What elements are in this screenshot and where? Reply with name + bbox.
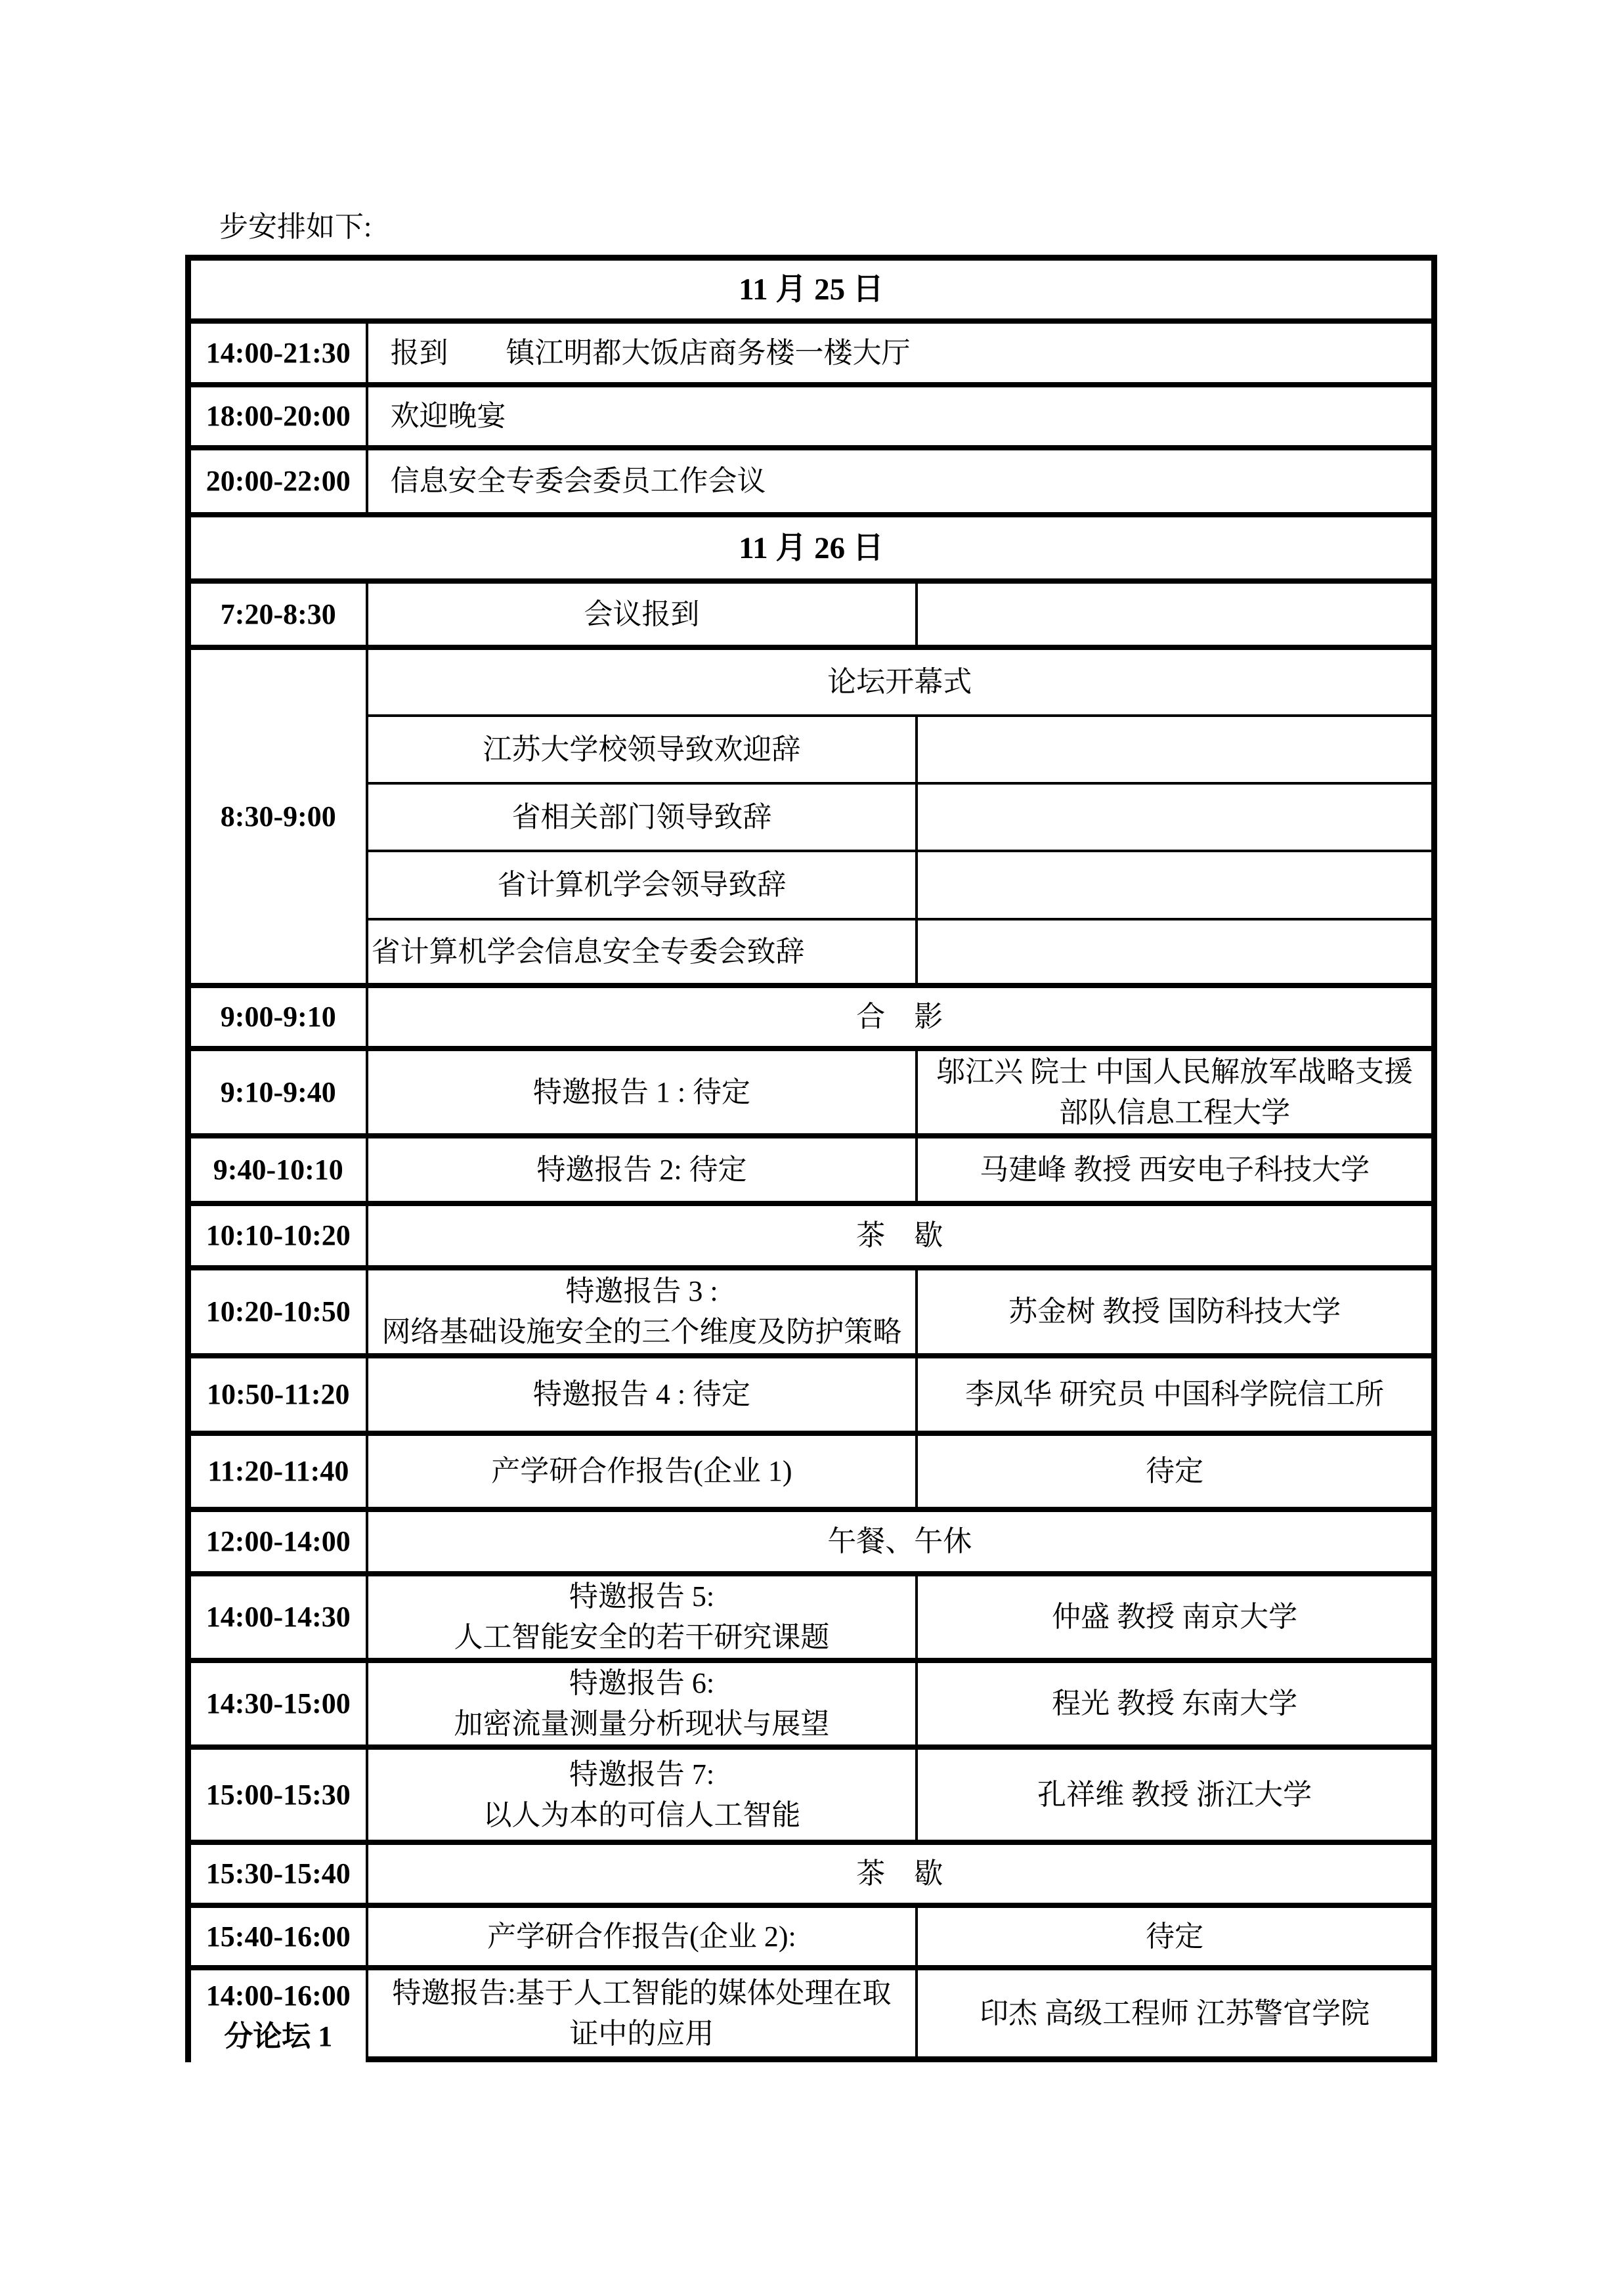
session-cell: 特邀报告 5: 人工智能安全的若干研究课题 bbox=[368, 1576, 919, 1663]
table-row: 11 月 25 日 bbox=[191, 261, 1434, 324]
table-row: 14:00-14:30 特邀报告 5: 人工智能安全的若干研究课题 仲盛 教授 … bbox=[191, 1576, 1434, 1663]
speaker-cell: 李凤华 研究员 中国科学院信工所 bbox=[918, 1358, 1434, 1436]
time-cell: 14:00-14:30 bbox=[191, 1576, 368, 1663]
session-cell: 特邀报告:基于人工智能的媒体处理在取 证中的应用 bbox=[368, 1970, 919, 2062]
session-cell: 特邀报告 4 : 待定 bbox=[368, 1358, 919, 1436]
time-cell: 20:00-22:00 bbox=[191, 450, 368, 517]
time-cell: 9:00-9:10 bbox=[191, 988, 368, 1051]
table-row: 省相关部门领导致辞 bbox=[191, 785, 1434, 852]
table-row: 9:10-9:40 特邀报告 1 : 待定 邬江兴 院士 中国人民解放军战略支援… bbox=[191, 1051, 1434, 1138]
time-cell: 10:10-10:20 bbox=[191, 1206, 368, 1270]
time-cell: 18:00-20:00 bbox=[191, 387, 368, 450]
speaker-cell bbox=[918, 921, 1434, 988]
intro-text: 步安排如下: bbox=[219, 209, 372, 246]
speaker-cell: 印杰 高级工程师 江苏警官学院 bbox=[918, 1970, 1434, 2062]
time-cell: 9:40-10:10 bbox=[191, 1138, 368, 1206]
table-row: 8:30-9:00 论坛开幕式 bbox=[191, 650, 1434, 717]
speaker-cell: 待定 bbox=[918, 1908, 1434, 1970]
time-cell: 10:20-10:50 bbox=[191, 1270, 368, 1358]
session-cell: 茶 歇 bbox=[368, 1206, 1434, 1270]
session-cell: 欢迎晚宴 bbox=[368, 387, 1434, 450]
time-cell: 12:00-14:00 bbox=[191, 1512, 368, 1576]
day-header: 11 月 26 日 bbox=[191, 517, 1434, 584]
session-cell: 特邀报告 3 : 网络基础设施安全的三个维度及防护策略 bbox=[368, 1270, 919, 1358]
speaker-cell: 苏金树 教授 国防科技大学 bbox=[918, 1270, 1434, 1358]
table-row: 7:20-8:30 会议报到 bbox=[191, 584, 1434, 650]
speaker-cell: 仲盛 教授 南京大学 bbox=[918, 1576, 1434, 1663]
speaker-cell: 程光 教授 东南大学 bbox=[918, 1663, 1434, 1750]
session-cell: 特邀报告 7: 以人为本的可信人工智能 bbox=[368, 1750, 919, 1845]
time-cell: 9:10-9:40 bbox=[191, 1051, 368, 1138]
session-cell: 产学研合作报告(企业 2): bbox=[368, 1908, 919, 1970]
session-cell: 特邀报告 6: 加密流量测量分析现状与展望 bbox=[368, 1663, 919, 1750]
time-cell: 7:20-8:30 bbox=[191, 584, 368, 650]
speaker-cell: 孔祥维 教授 浙江大学 bbox=[918, 1750, 1434, 1845]
speaker-cell: 马建峰 教授 西安电子科技大学 bbox=[918, 1138, 1434, 1206]
session-cell: 省计算机学会领导致辞 bbox=[368, 852, 919, 921]
session-cell: 论坛开幕式 bbox=[368, 650, 1434, 717]
table-row: 12:00-14:00 午餐、午休 bbox=[191, 1512, 1434, 1576]
time-cell: 11:20-11:40 bbox=[191, 1436, 368, 1512]
speaker-cell bbox=[918, 785, 1434, 852]
speaker-cell bbox=[918, 717, 1434, 785]
session-cell: 特邀报告 2: 待定 bbox=[368, 1138, 919, 1206]
table-row: 9:40-10:10 特邀报告 2: 待定 马建峰 教授 西安电子科技大学 bbox=[191, 1138, 1434, 1206]
table-row: 11 月 26 日 bbox=[191, 517, 1434, 584]
table-row: 省计算机学会领导致辞 bbox=[191, 852, 1434, 921]
session-cell: 合 影 bbox=[368, 988, 1434, 1051]
time-cell: 14:00-21:30 bbox=[191, 324, 368, 387]
table-row: 18:00-20:00 欢迎晚宴 bbox=[191, 387, 1434, 450]
table-row: 10:20-10:50 特邀报告 3 : 网络基础设施安全的三个维度及防护策略 … bbox=[191, 1270, 1434, 1358]
time-cell: 15:30-15:40 bbox=[191, 1845, 368, 1908]
time-cell: 14:30-15:00 bbox=[191, 1663, 368, 1750]
table-row: 14:00-21:30 报到 镇江明都大饭店商务楼一楼大厅 bbox=[191, 324, 1434, 387]
speaker-cell bbox=[918, 584, 1434, 650]
time-cell: 14:00-16:00 分论坛 1 bbox=[191, 1970, 368, 2062]
table-row: 14:00-16:00 分论坛 1 特邀报告:基于人工智能的媒体处理在取 证中的… bbox=[191, 1970, 1434, 2062]
session-cell: 省计算机学会信息安全专委会致辞 bbox=[368, 921, 919, 988]
table-row: 江苏大学校领导致欢迎辞 bbox=[191, 717, 1434, 785]
session-cell: 省相关部门领导致辞 bbox=[368, 785, 919, 852]
speaker-cell bbox=[918, 852, 1434, 921]
schedule-table-border: 11 月 25 日 14:00-21:30 报到 镇江明都大饭店商务楼一楼大厅 … bbox=[185, 255, 1437, 2062]
table-row: 14:30-15:00 特邀报告 6: 加密流量测量分析现状与展望 程光 教授 … bbox=[191, 1663, 1434, 1750]
time-cell: 8:30-9:00 bbox=[191, 650, 368, 988]
table-row: 9:00-9:10 合 影 bbox=[191, 988, 1434, 1051]
session-cell: 信息安全专委会委员工作会议 bbox=[368, 450, 1434, 517]
session-cell: 茶 歇 bbox=[368, 1845, 1434, 1908]
document-page: 步安排如下: 11 月 25 日 14:00-21:30 报到 镇江明都大饭店商… bbox=[0, 0, 1621, 2296]
table-row: 15:30-15:40 茶 歇 bbox=[191, 1845, 1434, 1908]
session-cell: 产学研合作报告(企业 1) bbox=[368, 1436, 919, 1512]
speaker-cell: 待定 bbox=[918, 1436, 1434, 1512]
table-row: 10:10-10:20 茶 歇 bbox=[191, 1206, 1434, 1270]
table-row: 15:00-15:30 特邀报告 7: 以人为本的可信人工智能 孔祥维 教授 浙… bbox=[191, 1750, 1434, 1845]
session-cell: 特邀报告 1 : 待定 bbox=[368, 1051, 919, 1138]
session-cell: 报到 镇江明都大饭店商务楼一楼大厅 bbox=[368, 324, 1434, 387]
speaker-cell: 邬江兴 院士 中国人民解放军战略支援 部队信息工程大学 bbox=[918, 1051, 1434, 1138]
session-cell: 会议报到 bbox=[368, 584, 919, 650]
day-header: 11 月 25 日 bbox=[191, 261, 1434, 324]
table-row: 10:50-11:20 特邀报告 4 : 待定 李凤华 研究员 中国科学院信工所 bbox=[191, 1358, 1434, 1436]
time-cell: 10:50-11:20 bbox=[191, 1358, 368, 1436]
table-row: 20:00-22:00 信息安全专委会委员工作会议 bbox=[191, 450, 1434, 517]
table-row: 15:40-16:00 产学研合作报告(企业 2): 待定 bbox=[191, 1908, 1434, 1970]
time-cell: 15:40-16:00 bbox=[191, 1908, 368, 1970]
schedule-table: 11 月 25 日 14:00-21:30 报到 镇江明都大饭店商务楼一楼大厅 … bbox=[191, 261, 1434, 2062]
table-row: 省计算机学会信息安全专委会致辞 bbox=[191, 921, 1434, 988]
session-cell: 江苏大学校领导致欢迎辞 bbox=[368, 717, 919, 785]
time-cell: 15:00-15:30 bbox=[191, 1750, 368, 1845]
table-row: 11:20-11:40 产学研合作报告(企业 1) 待定 bbox=[191, 1436, 1434, 1512]
session-cell: 午餐、午休 bbox=[368, 1512, 1434, 1576]
